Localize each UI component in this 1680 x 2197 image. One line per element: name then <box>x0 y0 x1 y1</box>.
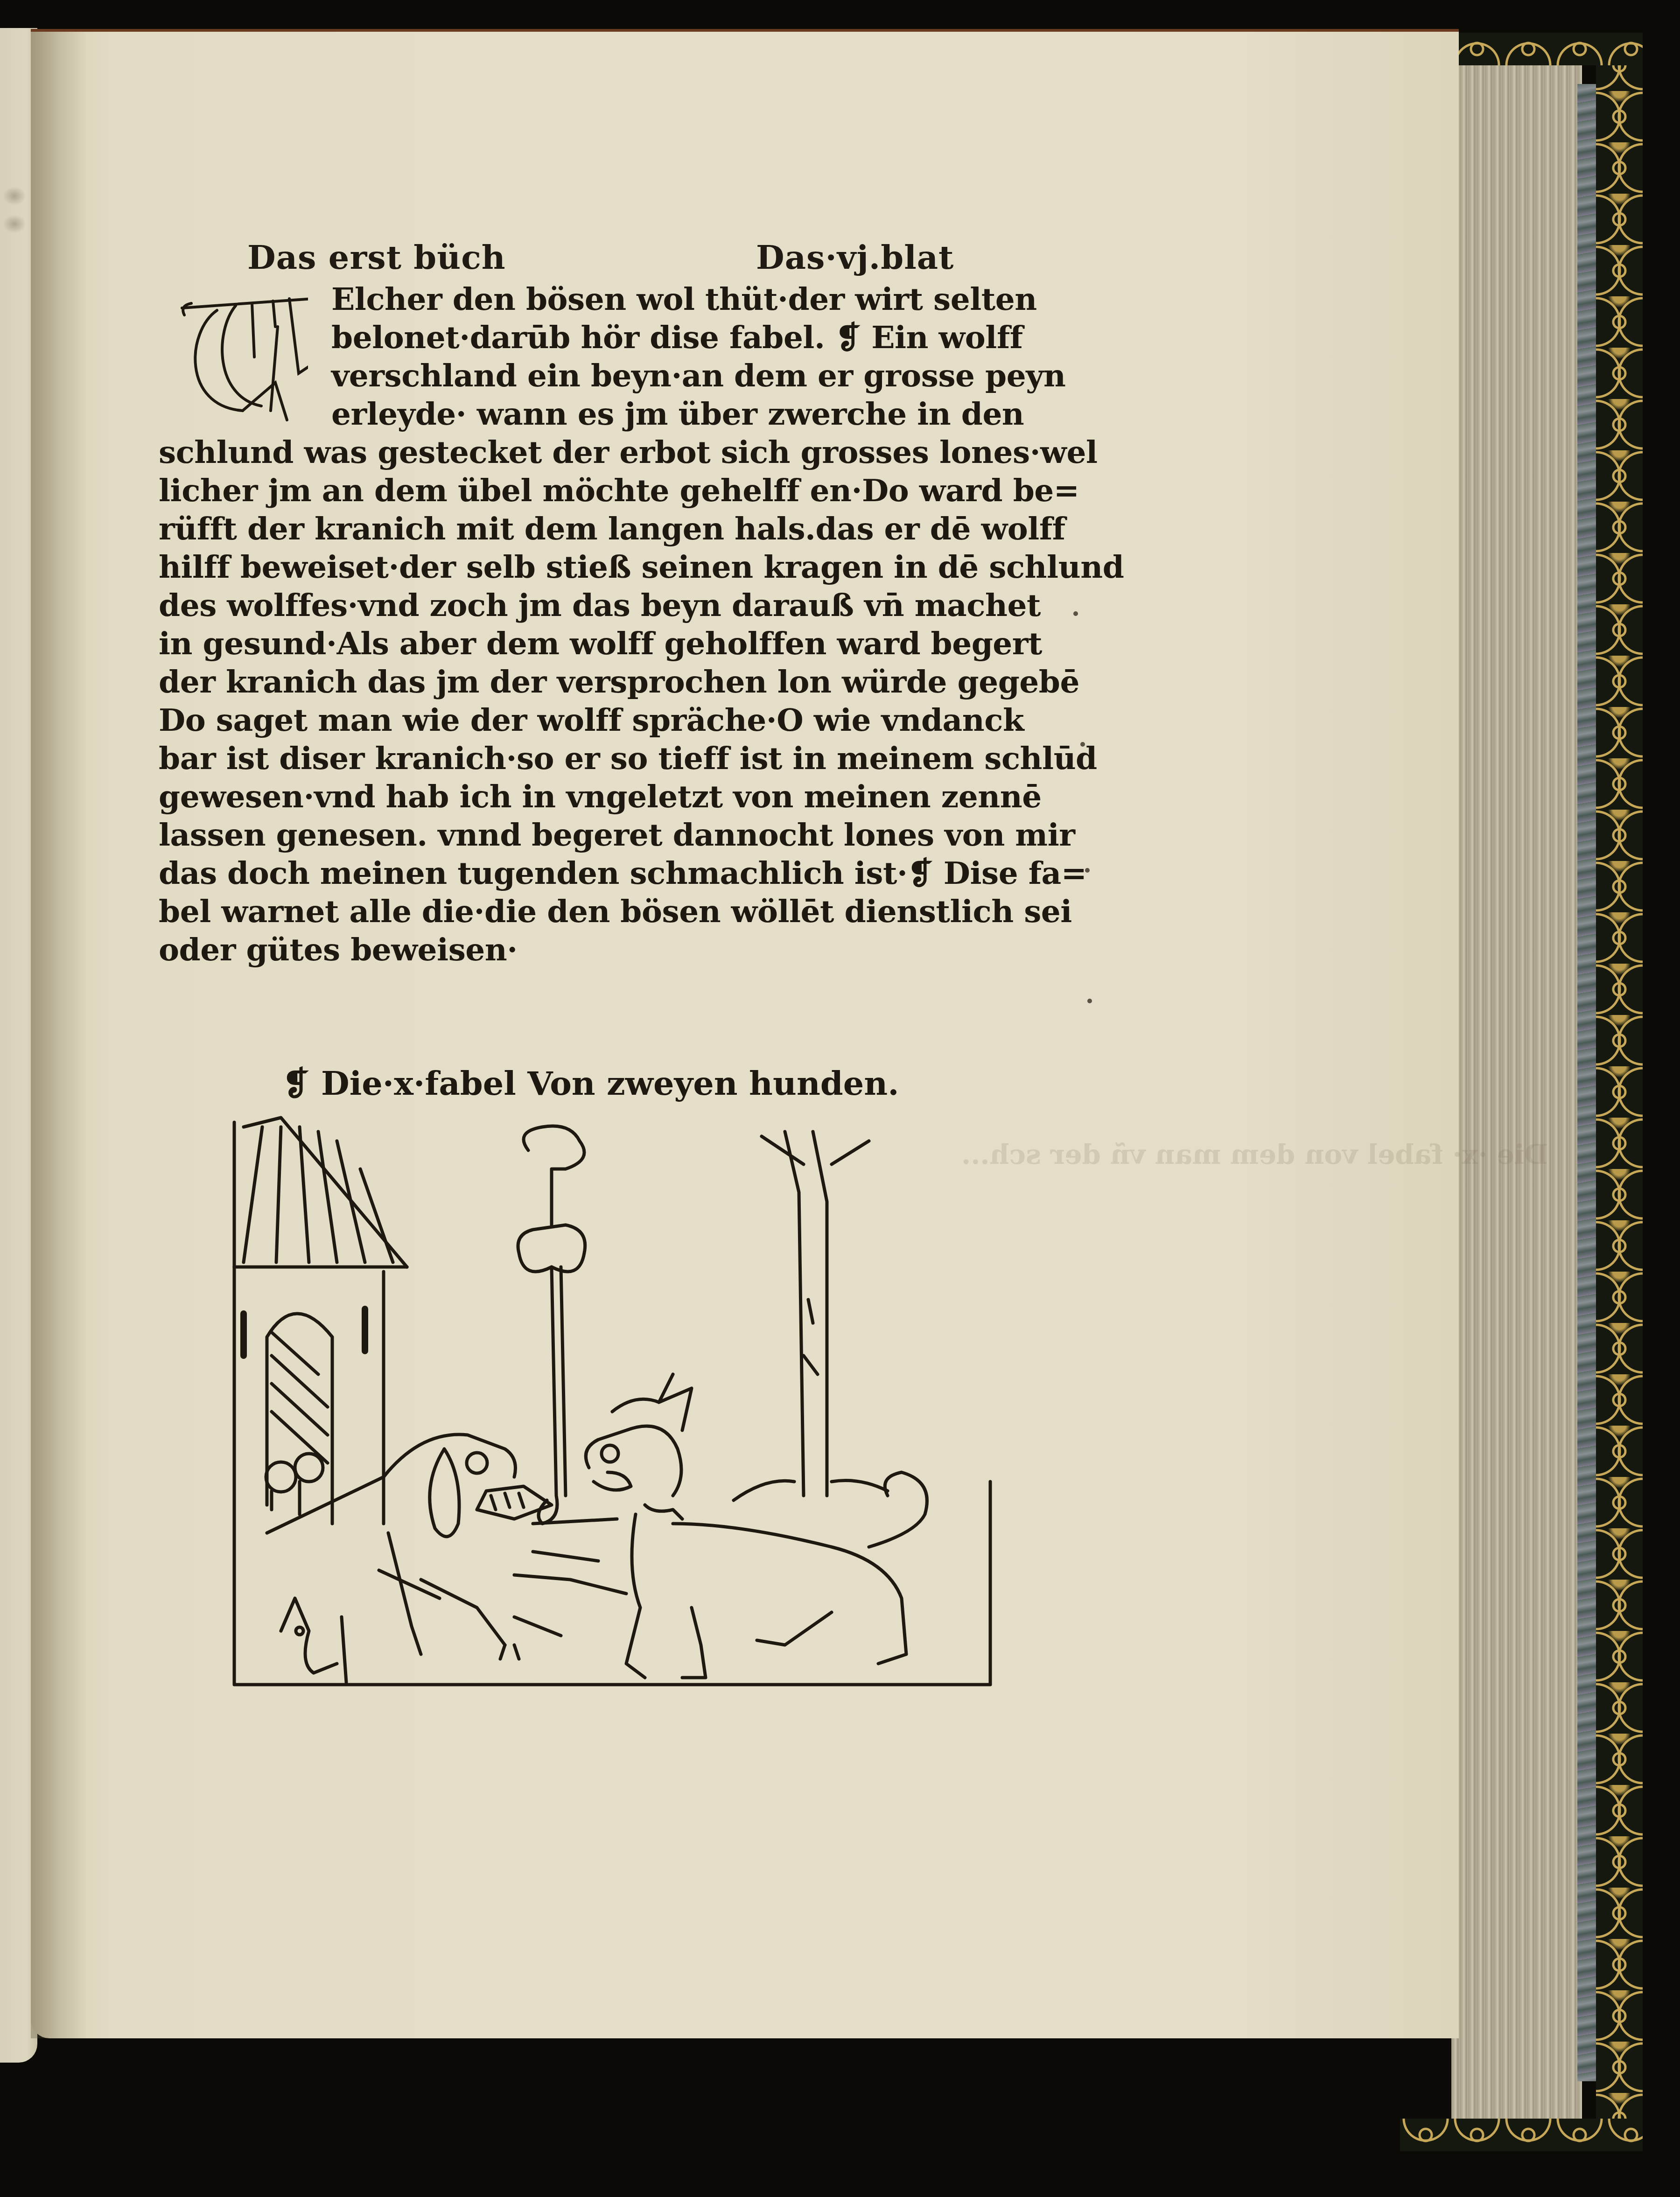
margin-speck <box>1080 742 1085 747</box>
text-line: Do saget man wie der wolff spräche·O wie… <box>159 701 1059 739</box>
gilt-cover-border-bottom <box>1400 2119 1643 2151</box>
running-head-left: Das erst büch <box>247 238 506 277</box>
text-line: Elcher den bösen wol thüt·der wirt selte… <box>159 280 1059 318</box>
bleed-through-mark <box>3 187 26 205</box>
text-line: licher jm an dem übel möchte gehelff en·… <box>159 471 1059 510</box>
running-head-right: Das·vj.blat <box>756 238 954 277</box>
margin-speck <box>1085 868 1090 873</box>
show-through-text: Die ·x· fabel von dem man vñ der sch... <box>961 1139 1548 1170</box>
text-line: verschland ein beyn·an dem er grosse pey… <box>159 357 1059 395</box>
text-line: in gesund·Als aber dem wolff geholffen w… <box>159 624 1059 663</box>
bleed-through-mark <box>3 215 26 233</box>
text-line: rüfft der kranich mit dem langen hals.da… <box>159 510 1059 548</box>
marbled-endpaper <box>1577 84 1596 2081</box>
text-line: bel warnet alle die·die den bösen wöllēt… <box>159 892 1059 931</box>
text-line: lassen genesen. vnnd begeret dannocht lo… <box>159 816 1059 854</box>
text-line: des wolffes·vnd zoch jm das beyn darauß … <box>159 586 1059 624</box>
two-dogs-woodcut-icon <box>225 1113 1000 1692</box>
margin-speck <box>1073 611 1078 616</box>
margin-speck <box>1087 999 1092 1003</box>
text-line: erleyde· wann es jm über zwerche in den <box>159 395 1059 433</box>
gilt-cover-border-right <box>1596 40 1643 2149</box>
text-line: schlund was gestecket der erbot sich gro… <box>159 433 1059 471</box>
text-line: oder gütes beweisen· <box>159 931 1059 969</box>
text-line: hilff beweiset·der selb stieß seinen kra… <box>159 548 1059 586</box>
fable-heading: ❡ Die·x·fabel Von zweyen hunden. <box>282 1064 899 1103</box>
woodcut-illustration <box>225 1113 1000 1692</box>
fore-edge-page-stack <box>1451 47 1582 2147</box>
text-line: das doch meinen tugenden schmachlich ist… <box>159 854 1059 892</box>
body-text: Elcher den bösen wol thüt·der wirt selte… <box>159 280 1059 969</box>
text-line: der kranich das jm der versprochen lon w… <box>159 663 1059 701</box>
text-line: gewesen·vnd hab ich in vngeletzt von mei… <box>159 777 1059 816</box>
text-line: belonet·darūb hör dise fabel. ❡ Ein wolf… <box>159 318 1059 357</box>
text-line: bar ist diser kranich·so er so tieff ist… <box>159 739 1059 777</box>
